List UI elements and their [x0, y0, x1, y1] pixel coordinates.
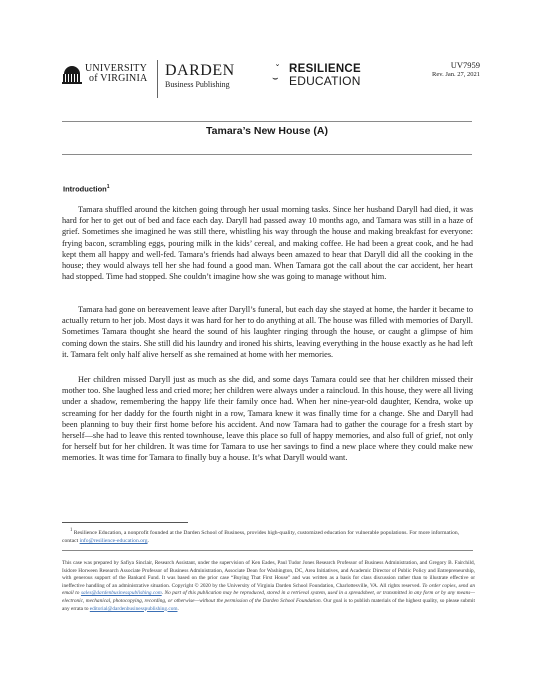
uva-line2: of VIRGINIA: [85, 74, 147, 84]
fineprint-end: .: [178, 606, 179, 612]
info-email-link[interactable]: info@resilience-education.org: [80, 538, 148, 544]
footnote-ref[interactable]: 1: [107, 184, 110, 190]
page-title: Tamara’s New House (A): [62, 125, 472, 137]
section-heading-text: Introduction: [63, 185, 107, 194]
rotunda-icon: [62, 66, 82, 83]
title-rule-top: [62, 121, 472, 122]
document-id: UV7959 Rev. Jan. 27, 2021: [432, 60, 480, 79]
doc-code: UV7959: [432, 60, 480, 71]
title-rule-bottom: [62, 154, 472, 155]
paragraph-text: Tamara had gone on bereavement leave aft…: [62, 304, 473, 360]
paragraph-1: Tamara shuffled around the kitchen going…: [62, 204, 473, 282]
darden-subtitle: Business Publishing: [165, 80, 235, 90]
paragraph-text: Tamara shuffled around the kitchen going…: [62, 204, 473, 282]
paragraph-3: Her children missed Daryll just as much …: [62, 374, 473, 464]
revision-date: Rev. Jan. 27, 2021: [432, 71, 480, 79]
resilience-logo: ˇ ⌣ RESILIENCE EDUCATION: [272, 64, 361, 87]
fineprint-rule: [62, 550, 473, 551]
copyright-fineprint: This case was prepared by Safiya Sinclai…: [62, 560, 475, 613]
darden-title: DARDEN: [165, 62, 235, 79]
section-heading: Introduction1: [63, 184, 110, 194]
paragraph-2: Tamara had gone on bereavement leave aft…: [62, 304, 473, 360]
paragraph-text: Her children missed Daryll just as much …: [62, 374, 473, 464]
resilience-line2: EDUCATION: [289, 75, 361, 87]
editorial-email-link[interactable]: editorial@dardenbusinesspublishing.com: [90, 606, 178, 612]
fineprint-text: This case was prepared by Safiya Sinclai…: [62, 560, 475, 589]
footnote-marker: 1: [70, 528, 72, 533]
logo-divider: [157, 60, 158, 98]
uva-logo: UNIVERSITY of VIRGINIA: [62, 64, 147, 84]
page-header: UNIVERSITY of VIRGINIA DARDEN Business P…: [62, 60, 480, 100]
bird-icon: ˇ ⌣: [272, 65, 286, 87]
footnote-end: .: [148, 538, 149, 544]
footnote: 1 Resilience Education, a nonprofit foun…: [62, 527, 475, 545]
document-page: UNIVERSITY of VIRGINIA DARDEN Business P…: [0, 0, 533, 690]
sales-email-link[interactable]: sales@dardenbusinesspublishing.com: [81, 590, 162, 596]
darden-logo: DARDEN Business Publishing: [165, 62, 235, 90]
footnote-rule: [62, 522, 188, 523]
